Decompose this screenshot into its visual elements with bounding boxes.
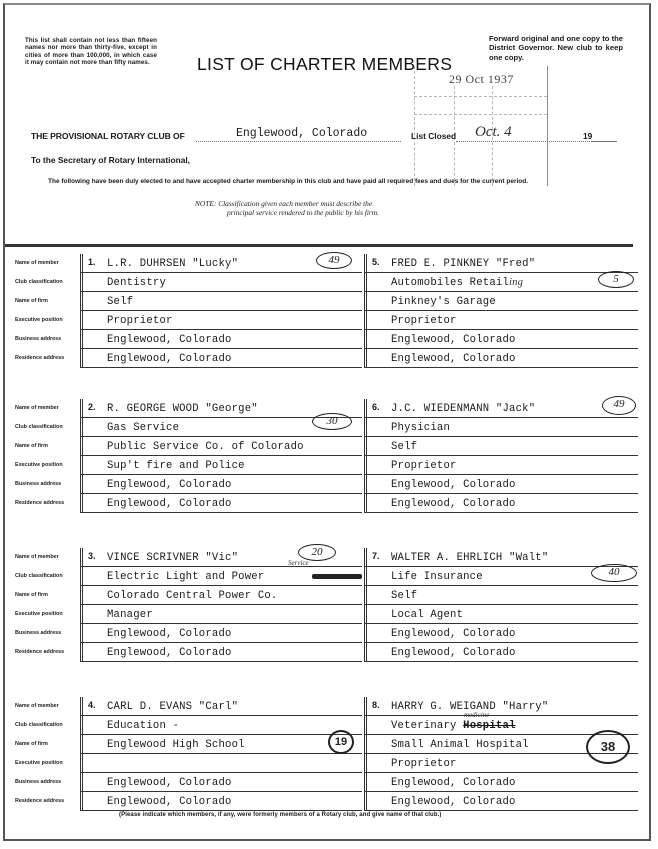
member-firm: Self — [107, 296, 133, 308]
member-residence-address: Englewood, Colorado — [391, 796, 516, 808]
member-card: 5.FRED E. PINKNEY "Fred" Automobiles Ret… — [364, 254, 638, 368]
field-text: ing — [509, 277, 523, 288]
field-label: Business address — [15, 624, 85, 643]
age-circle: 49 — [316, 252, 352, 269]
field-label: Name of firm — [15, 586, 85, 605]
field-label: Business address — [15, 330, 85, 349]
member-field-row: Dentistry — [80, 273, 362, 292]
handwritten-annotation: medicine — [464, 711, 489, 719]
member-business-address: Englewood, Colorado — [391, 334, 516, 346]
member-classification: Veterinary Hospital — [391, 720, 516, 732]
list-closed-label: List Closed — [411, 131, 456, 141]
classification-note: NOTE: Classification given each member m… — [195, 200, 455, 217]
club-name-field: Englewood, Colorado — [236, 127, 367, 140]
member-field-row: Englewood, Colorado — [80, 330, 362, 349]
member-field-row: 4.CARL D. EVANS "Carl" — [80, 697, 362, 716]
member-residence-address: Englewood, Colorado — [391, 498, 516, 510]
age-circle: 49 — [602, 396, 636, 415]
field-labels: Name of member Club classification Name … — [15, 399, 85, 513]
member-business-address: Englewood, Colorado — [107, 777, 232, 789]
field-label: Residence address — [15, 792, 85, 811]
member-field-row: Self — [80, 292, 362, 311]
member-field-row: Manager — [80, 605, 362, 624]
field-label: Name of firm — [15, 735, 85, 754]
member-field-row — [80, 754, 362, 773]
age-circle: 38 — [586, 730, 630, 764]
member-name: L.R. DUHRSEN "Lucky" — [107, 258, 238, 270]
member-field-row: Englewood, Colorado — [80, 792, 362, 811]
field-label: Club classification — [15, 567, 85, 586]
member-number: 1. — [88, 257, 96, 267]
member-field-row: Colorado Central Power Co. — [80, 586, 362, 605]
member-field-row: Englewood, Colorado — [80, 643, 362, 662]
list-closed-date: Oct. 4 — [475, 124, 512, 141]
member-field-row: Automobiles Retailing — [364, 273, 638, 292]
forward-note: Forward original and one copy to the Dis… — [489, 34, 623, 62]
member-field-row: Englewood, Colorado — [364, 624, 638, 643]
member-name: CARL D. EVANS "Carl" — [107, 701, 238, 713]
member-card: 4.CARL D. EVANS "Carl" Education - Engle… — [80, 697, 362, 811]
field-label: Executive position — [15, 456, 85, 475]
member-classification: Dentistry — [107, 277, 166, 289]
member-field-row: Englewood, Colorado — [364, 643, 638, 662]
member-field-row: Englewood, Colorado — [80, 494, 362, 513]
table-top-rule — [5, 244, 633, 247]
field-label: Business address — [15, 475, 85, 494]
member-position: Manager — [107, 609, 153, 621]
member-number: 8. — [372, 700, 380, 710]
member-field-row: 8.HARRY G. WEIGAND "Harry" — [364, 697, 638, 716]
member-card: 7.WALTER A. EHRLICH "Walt" Life Insuranc… — [364, 548, 638, 662]
age-circle: 30 — [312, 413, 352, 430]
member-classification: Life Insurance — [391, 571, 483, 583]
member-position: Proprietor — [391, 460, 457, 472]
member-card: 6.J.C. WIEDENMANN "Jack" Physician Self … — [364, 399, 638, 513]
member-position: Proprietor — [107, 315, 173, 327]
age-circle: 19 — [328, 730, 354, 754]
member-name: FRED E. PINKNEY "Fred" — [391, 258, 535, 270]
member-field-row: Englewood, Colorado — [364, 330, 638, 349]
member-field-row: Englewood High School — [80, 735, 362, 754]
field-label: Business address — [15, 773, 85, 792]
field-label: Name of firm — [15, 292, 85, 311]
member-field-row: Proprietor — [364, 456, 638, 475]
field-text: Automobiles Retail — [391, 277, 509, 289]
member-field-row: Proprietor — [364, 311, 638, 330]
age-circle: 40 — [591, 564, 637, 582]
stamp-date: 29 Oct 1937 — [449, 72, 514, 87]
field-label: Executive position — [15, 311, 85, 330]
year-prefix: 19 — [583, 131, 592, 141]
member-number: 5. — [372, 257, 380, 267]
member-number: 6. — [372, 402, 380, 412]
field-label: Name of member — [15, 254, 85, 273]
member-position: Sup't fire and Police — [107, 460, 245, 472]
member-field-row: Englewood, Colorado — [364, 773, 638, 792]
field-labels: Name of member Club classification Name … — [15, 254, 85, 368]
member-residence-address: Englewood, Colorado — [107, 498, 232, 510]
club-line: THE PROVISIONAL ROTARY CLUB OF Englewood… — [31, 126, 631, 144]
member-firm: Public Service Co. of Colorado — [107, 441, 304, 453]
member-field-row: Englewood, Colorado — [80, 349, 362, 368]
field-label: Name of firm — [15, 437, 85, 456]
member-position: Local Agent — [391, 609, 463, 621]
member-residence-address: Englewood, Colorado — [391, 647, 516, 659]
member-firm: Self — [391, 590, 417, 602]
member-classification: Gas Service — [107, 422, 179, 434]
field-labels: Name of member Club classification Name … — [15, 548, 85, 662]
member-name: J.C. WIEDENMANN "Jack" — [391, 403, 535, 415]
member-number: 3. — [88, 551, 96, 561]
member-residence-address: Englewood, Colorado — [107, 647, 232, 659]
member-classification: Physician — [391, 422, 450, 434]
field-label: Club classification — [15, 418, 85, 437]
member-residence-address: Englewood, Colorado — [107, 796, 232, 808]
member-number: 2. — [88, 402, 96, 412]
member-firm: Colorado Central Power Co. — [107, 590, 278, 602]
member-classification: Automobiles Retailing — [391, 277, 523, 289]
member-residence-address: Englewood, Colorado — [391, 353, 516, 365]
member-position: Proprietor — [391, 315, 457, 327]
footnote: (Please indicate which members, if any, … — [119, 812, 441, 818]
member-business-address: Englewood, Colorado — [391, 777, 516, 789]
field-label: Residence address — [15, 494, 85, 513]
member-field-row: Englewood, Colorado — [364, 475, 638, 494]
member-field-row: Public Service Co. of Colorado — [80, 437, 362, 456]
field-label: Club classification — [15, 273, 85, 292]
member-field-row: Englewood, Colorado — [364, 494, 638, 513]
member-field-row: Pinkney's Garage — [364, 292, 638, 311]
member-field-row: Englewood, Colorado — [80, 624, 362, 643]
member-residence-address: Englewood, Colorado — [107, 353, 232, 365]
member-field-row: Self — [364, 437, 638, 456]
member-name: WALTER A. EHRLICH "Walt" — [391, 552, 548, 564]
field-label: Name of member — [15, 697, 85, 716]
field-label: Residence address — [15, 643, 85, 662]
member-business-address: Englewood, Colorado — [391, 628, 516, 640]
field-label: Executive position — [15, 605, 85, 624]
member-classification: Electric Light and Power — [107, 571, 264, 583]
field-labels: Name of member Club classification Name … — [15, 697, 85, 811]
field-label: Residence address — [15, 349, 85, 368]
salutation: To the Secretary of Rotary International… — [31, 155, 190, 165]
member-classification: Education - — [107, 720, 179, 732]
member-position: Proprietor — [391, 758, 457, 770]
member-field-row: 7.WALTER A. EHRLICH "Walt" — [364, 548, 638, 567]
member-card: 1.L.R. DUHRSEN "Lucky" Dentistry Self Pr… — [80, 254, 362, 368]
member-field-row: Proprietor — [80, 311, 362, 330]
member-card: 2.R. GEORGE WOOD "George" Gas Service Pu… — [80, 399, 362, 513]
field-text: Veterinary — [391, 720, 457, 732]
field-label: Name of member — [15, 548, 85, 567]
member-field-row: Self — [364, 586, 638, 605]
field-label: Club classification — [15, 716, 85, 735]
member-field-row: Englewood, Colorado — [364, 349, 638, 368]
member-field-row: Physician — [364, 418, 638, 437]
field-text: Hospital — [463, 720, 515, 732]
club-label: THE PROVISIONAL ROTARY CLUB OF — [31, 131, 185, 141]
member-card: 8.HARRY G. WEIGAND "Harry" Veterinary Ho… — [364, 697, 638, 811]
member-field-row: Englewood, Colorado — [80, 773, 362, 792]
member-field-row: Local Agent — [364, 605, 638, 624]
intro-paragraph: The following have been duly elected to … — [31, 178, 611, 187]
member-field-row: Englewood, Colorado — [80, 475, 362, 494]
member-field-row: 5.FRED E. PINKNEY "Fred" — [364, 254, 638, 273]
member-field-row: Englewood, Colorado — [364, 792, 638, 811]
member-firm: Small Animal Hospital — [391, 739, 529, 751]
member-name: VINCE SCRIVNER "Vic" — [107, 552, 238, 564]
member-card: 3.VINCE SCRIVNER "Vic" Electric Light an… — [80, 548, 362, 662]
member-firm: Self — [391, 441, 417, 453]
member-business-address: Englewood, Colorado — [391, 479, 516, 491]
member-name: R. GEORGE WOOD "George" — [107, 403, 258, 415]
list-instructions: This list shall contain not less than fi… — [25, 37, 157, 67]
member-business-address: Englewood, Colorado — [107, 628, 232, 640]
field-label: Name of member — [15, 399, 85, 418]
handwritten-annotation: Service — [288, 559, 309, 567]
member-field-row: Education - — [80, 716, 362, 735]
member-business-address: Englewood, Colorado — [107, 334, 232, 346]
member-business-address: Englewood, Colorado — [107, 479, 232, 491]
member-number: 7. — [372, 551, 380, 561]
member-firm: Englewood High School — [107, 739, 245, 751]
age-circle: 5 — [598, 271, 634, 288]
member-field-row: Sup't fire and Police — [80, 456, 362, 475]
member-field-row: 6.J.C. WIEDENMANN "Jack" — [364, 399, 638, 418]
member-firm: Pinkney's Garage — [391, 296, 496, 308]
member-number: 4. — [88, 700, 96, 710]
strikethrough-scribble — [312, 574, 362, 579]
field-label: Executive position — [15, 754, 85, 773]
